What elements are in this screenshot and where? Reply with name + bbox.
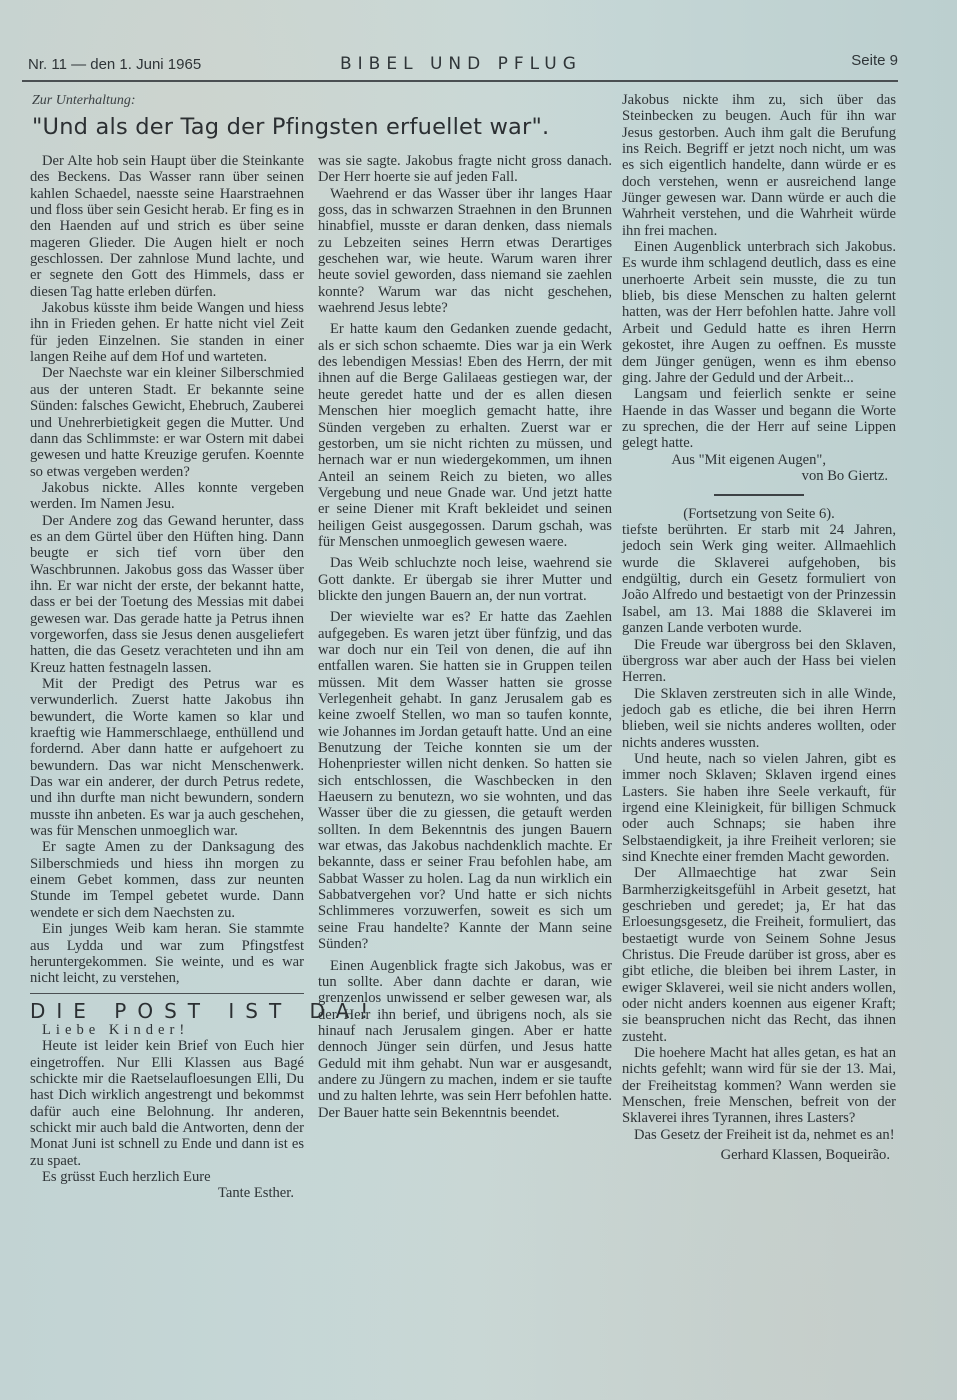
post-signature: Tante Esther. <box>30 1185 304 1201</box>
paragraph: Jakobus nickte ihm zu, sich über das Ste… <box>622 92 896 239</box>
paragraph: Das Weib schluchzte noch leise, waehrend… <box>318 555 612 604</box>
paragraph: Er sagte Amen zu der Danksagung des Silb… <box>30 839 304 921</box>
page-number: Seite 9 <box>851 52 898 69</box>
post-body: Heute ist leider kein Brief von Euch hie… <box>30 1038 304 1169</box>
post-salutation: Liebe Kinder! <box>30 1022 304 1038</box>
paragraph: Der Andere zog das Gewand herunter, dass… <box>30 513 304 676</box>
paragraph: Jakobus küsste ihm beide Wangen und hies… <box>30 300 304 365</box>
paragraph: Die Sklaven zerstreuten sich in alle Win… <box>622 686 896 751</box>
paragraph: Der Naechste war ein kleiner Silberschmi… <box>30 365 304 479</box>
paragraph: Die hoehere Macht hat alles getan, es ha… <box>622 1045 896 1127</box>
paragraph: Einen Augenblick unterbrach sich Jakobus… <box>622 239 896 386</box>
section-kicker: Zur Unterhaltung: <box>32 93 136 109</box>
paragraph: Waehrend er das Wasser über ihr langes H… <box>318 186 612 317</box>
source-author: von Bo Giertz. <box>622 468 896 484</box>
paragraph: tiefste berührten. Er starb mit 24 Jahre… <box>622 522 896 636</box>
continuation-note: (Fortsetzung von Seite 6). <box>622 506 896 522</box>
article-title: "Und als der Tag der Pfingsten erfuellet… <box>32 114 549 140</box>
paragraph: Langsam und feierlich senkte er seine Ha… <box>622 386 896 451</box>
column-2: was sie sagte. Jakobus fragte nicht gros… <box>318 153 612 1121</box>
paragraph: Die Freude war übergross bei den Sklaven… <box>622 637 896 686</box>
masthead: BIBEL UND PFLUG <box>340 54 582 74</box>
source-citation: Aus "Mit eigenen Augen", <box>622 452 896 468</box>
paragraph: Ein junges Weib kam heran. Sie stammte a… <box>30 921 304 986</box>
issue-date: Nr. 11 — den 1. Juni 1965 <box>28 56 201 73</box>
paragraph: Der Allmaechtige hat zwar Sein Barmherzi… <box>622 865 896 1045</box>
paragraph: Der Alte hob sein Haupt über die Steinka… <box>30 153 304 300</box>
column-1: Der Alte hob sein Haupt über die Steinka… <box>30 153 304 1202</box>
paragraph: Jakobus nickte. Alles konnte vergeben we… <box>30 480 304 513</box>
section-divider <box>30 993 304 995</box>
paragraph: Und heute, nach so vielen Jahren, gibt e… <box>622 751 896 865</box>
divider-rule <box>714 494 804 496</box>
header-rule <box>22 80 898 82</box>
paragraph: Der wievielte war es? Er hatte das Zaehl… <box>318 609 612 952</box>
paragraph: Einen Augenblick fragte sich Jakobus, wa… <box>318 958 612 1121</box>
column-3: Jakobus nickte ihm zu, sich über das Ste… <box>622 92 896 1164</box>
post-closing: Es grüsst Euch herzlich Eure <box>30 1169 304 1185</box>
paragraph: Er hatte kaum den Gedanken zuende gedach… <box>318 321 612 550</box>
page-header: Nr. 11 — den 1. Juni 1965 BIBEL UND PFLU… <box>28 50 898 80</box>
paragraph: was sie sagte. Jakobus fragte nicht gros… <box>318 153 612 186</box>
paragraph: Mit der Predigt des Petrus war es verwun… <box>30 676 304 839</box>
post-section-title: DIE POST IST DA! <box>30 1000 304 1022</box>
continuation-signature: Gerhard Klassen, Boqueirão. <box>622 1147 896 1163</box>
paragraph: Das Gesetz der Freiheit ist da, nehmet e… <box>622 1127 896 1143</box>
